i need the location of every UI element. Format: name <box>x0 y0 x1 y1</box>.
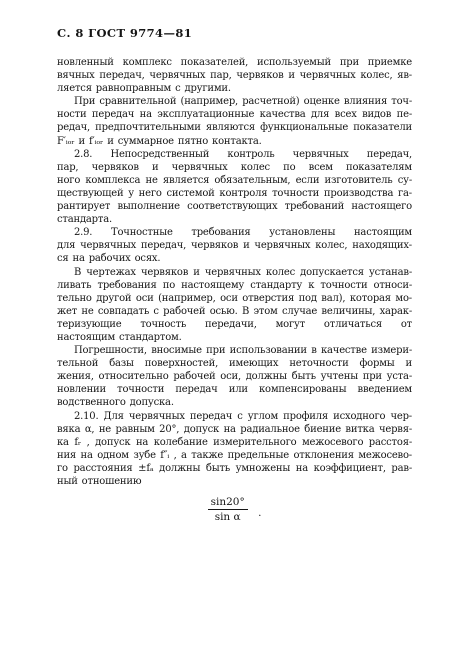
scanned-document-page: С. 8 ГОСТ 9774—81 новленный комплекс пок… <box>0 0 467 661</box>
text-line: водственного допуска. <box>57 396 412 409</box>
text-line: ляется равноправным с другими. <box>57 82 412 95</box>
fraction: sin20° sin α <box>208 496 248 523</box>
text-line: новлении точности передач или компенсиро… <box>57 383 412 396</box>
text-line: 2.8. Непосредственный контроль червячных… <box>57 148 412 161</box>
text-line: тельной базы поверхностей, имеющих неточ… <box>57 357 412 370</box>
document-body: новленный комплекс показателей, использу… <box>57 56 412 523</box>
text-line: тельно другой оси (например, оси отверст… <box>57 292 412 305</box>
text-line: новленный комплекс показателей, использу… <box>57 56 412 69</box>
text-line: F′ᵢₒᵣ и f′ᵢₒᵣ и суммарное пятно контакта… <box>57 135 412 148</box>
text-line: ного комплекса не является обязательным,… <box>57 174 412 187</box>
text-line: рантирует выполнение соответствующих тре… <box>57 200 412 213</box>
coefficient-formula: sin20° sin α . <box>57 496 412 523</box>
text-line: ществующей у него системой контроля точн… <box>57 187 412 200</box>
fraction-denominator: sin α <box>208 510 248 523</box>
paragraph: При сравнительной (например, расчетной) … <box>57 95 412 147</box>
fraction-numerator: sin20° <box>208 496 248 510</box>
text-line: ности передач на эксплуатационные качест… <box>57 108 412 121</box>
text-line: Погрешности, вносимые при использовании … <box>57 344 412 357</box>
paragraph-clause-2-9: 2.9. Точностные требования установлены н… <box>57 226 412 265</box>
text-line: вячных передач, червячных пар, червяков … <box>57 69 412 82</box>
paragraph: В чертежах червяков и червячных колес до… <box>57 266 412 345</box>
formula-period: . <box>258 507 261 519</box>
paragraph: новленный комплекс показателей, использу… <box>57 56 412 95</box>
text-line: теризующие точность передачи, могут отли… <box>57 318 412 331</box>
text-line: жет не совпадать с рабочей осью. В этом … <box>57 305 412 318</box>
text-line: настоящим стандартом. <box>57 331 412 344</box>
text-line: ный отношению <box>57 475 412 488</box>
text-line: вяка α, не равным 20°, допуск на радиаль… <box>57 423 412 436</box>
text-line: жения, относительно рабочей оси, должны … <box>57 370 412 383</box>
text-line: пар, червяков и червячных колес по всем … <box>57 161 412 174</box>
text-line: В чертежах червяков и червячных колес до… <box>57 266 412 279</box>
paragraph-clause-2-10: 2.10. Для червячных передач с углом проф… <box>57 410 412 489</box>
text-line: 2.10. Для червячных передач с углом проф… <box>57 410 412 423</box>
text-line: для червячных передач, червяков и червяч… <box>57 239 412 252</box>
text-line: ся на рабочих осях. <box>57 252 412 265</box>
text-line: При сравнительной (например, расчетной) … <box>57 95 412 108</box>
text-line: редач, предпочтительными являются функци… <box>57 121 412 134</box>
text-line: 2.9. Точностные требования установлены н… <box>57 226 412 239</box>
paragraph: Погрешности, вносимые при использовании … <box>57 344 412 409</box>
text-line: ка fᵣ , допуск на колебание измерительно… <box>57 436 412 449</box>
text-line: ния на одном зубе f″ᵢ , а также предельн… <box>57 449 412 462</box>
text-line: стандарта. <box>57 213 412 226</box>
text-line: ливать требования по настоящему стандарт… <box>57 279 412 292</box>
paragraph-clause-2-8: 2.8. Непосредственный контроль червячных… <box>57 148 412 227</box>
text-line: го расстояния ±fₐ должны быть умножены н… <box>57 462 412 475</box>
page-header: С. 8 ГОСТ 9774—81 <box>57 26 412 40</box>
